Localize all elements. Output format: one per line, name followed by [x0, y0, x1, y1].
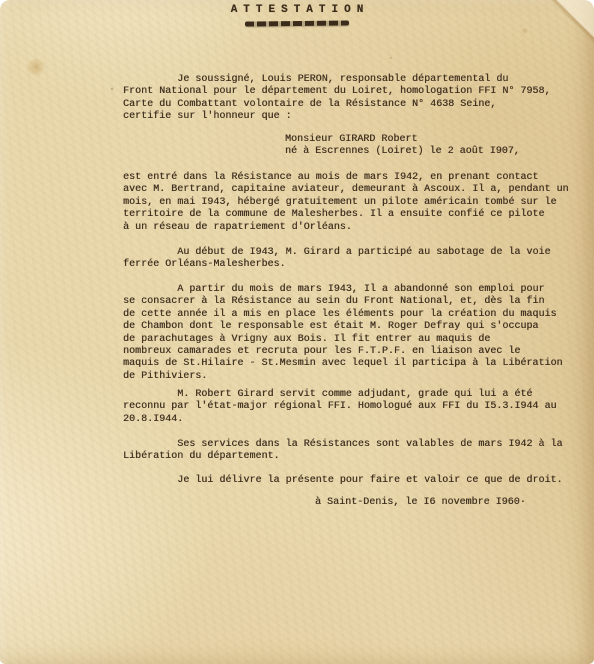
paragraph-maquis: A partir du mois de mars I943, Il a aban…: [123, 284, 585, 383]
recipient-block: Monsieur GIRARD Robert né à Escrennes (L…: [285, 134, 585, 159]
title-underline: [245, 20, 349, 26]
paragraph-intro: Je soussigné, Louis PERON, responsable d…: [123, 74, 585, 124]
paragraph-resistance-entry: est entré dans la Résistance au mois de …: [123, 172, 585, 234]
document-title: ATTESTATION: [0, 4, 594, 16]
paragraph-closing: Je lui délivre la présente pour faire et…: [123, 475, 585, 487]
attestation-document: ATTESTATION Je soussigné, Louis PERON, r…: [0, 0, 594, 664]
paragraph-grade: M. Robert Girard servit comme adjudant, …: [123, 389, 585, 426]
dateline: à Saint-Denis, le I6 novembre I960·: [315, 497, 585, 509]
paragraph-services: Ses services dans la Résistances sont va…: [123, 439, 585, 464]
paragraph-sabotage: Au début de I943, M. Girard a participé …: [123, 247, 585, 272]
